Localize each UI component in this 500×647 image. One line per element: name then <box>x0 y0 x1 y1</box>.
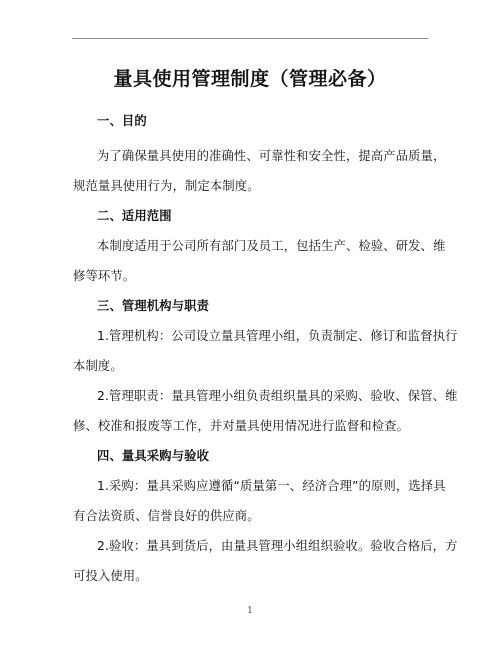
paragraph-line: 有合法资质、信誉良好的供应商。 <box>73 506 260 524</box>
paragraph-line: 为了确保量具使用的准确性、可靠性和安全性，提高产品质量， <box>97 146 446 164</box>
paragraph-line: 1.管理机构：公司设立量具管理小组，负责制定、修订和监督执行 <box>97 326 458 344</box>
paragraph-line: 可投入使用。 <box>73 566 148 584</box>
section-heading: 一、目的 <box>97 111 147 129</box>
paragraph-line: 2.验收：量具到货后，由量具管理小组组织验收。验收合格后，方 <box>97 536 458 554</box>
paragraph-line: 规范量具使用行为，制定本制度。 <box>73 176 260 194</box>
section-heading: 三、管理机构与职责 <box>97 296 209 314</box>
section-heading: 二、适用范围 <box>97 206 172 224</box>
paragraph-line: 修、校准和报废等工作，并对量具使用情况进行监督和检查。 <box>73 416 409 434</box>
paragraph-line: 1.采购：量具采购应遵循“质量第一、经济合理”的原则，选择具 <box>97 476 446 494</box>
paragraph-line: 2.管理职责：量具管理小组负责组织量具的采购、验收、保管、维 <box>97 386 458 404</box>
page-number: 1 <box>0 606 500 616</box>
paragraph-line: 修等环节。 <box>73 266 135 284</box>
document-title: 量具使用管理制度（管理必备） <box>0 64 500 91</box>
paragraph-line: 本制度适用于公司所有部门及员工，包括生产、检验、研发、维 <box>97 236 446 254</box>
header-rule <box>72 38 428 39</box>
paragraph-line: 本制度。 <box>73 356 123 374</box>
section-heading: 四、量具采购与验收 <box>97 446 209 464</box>
